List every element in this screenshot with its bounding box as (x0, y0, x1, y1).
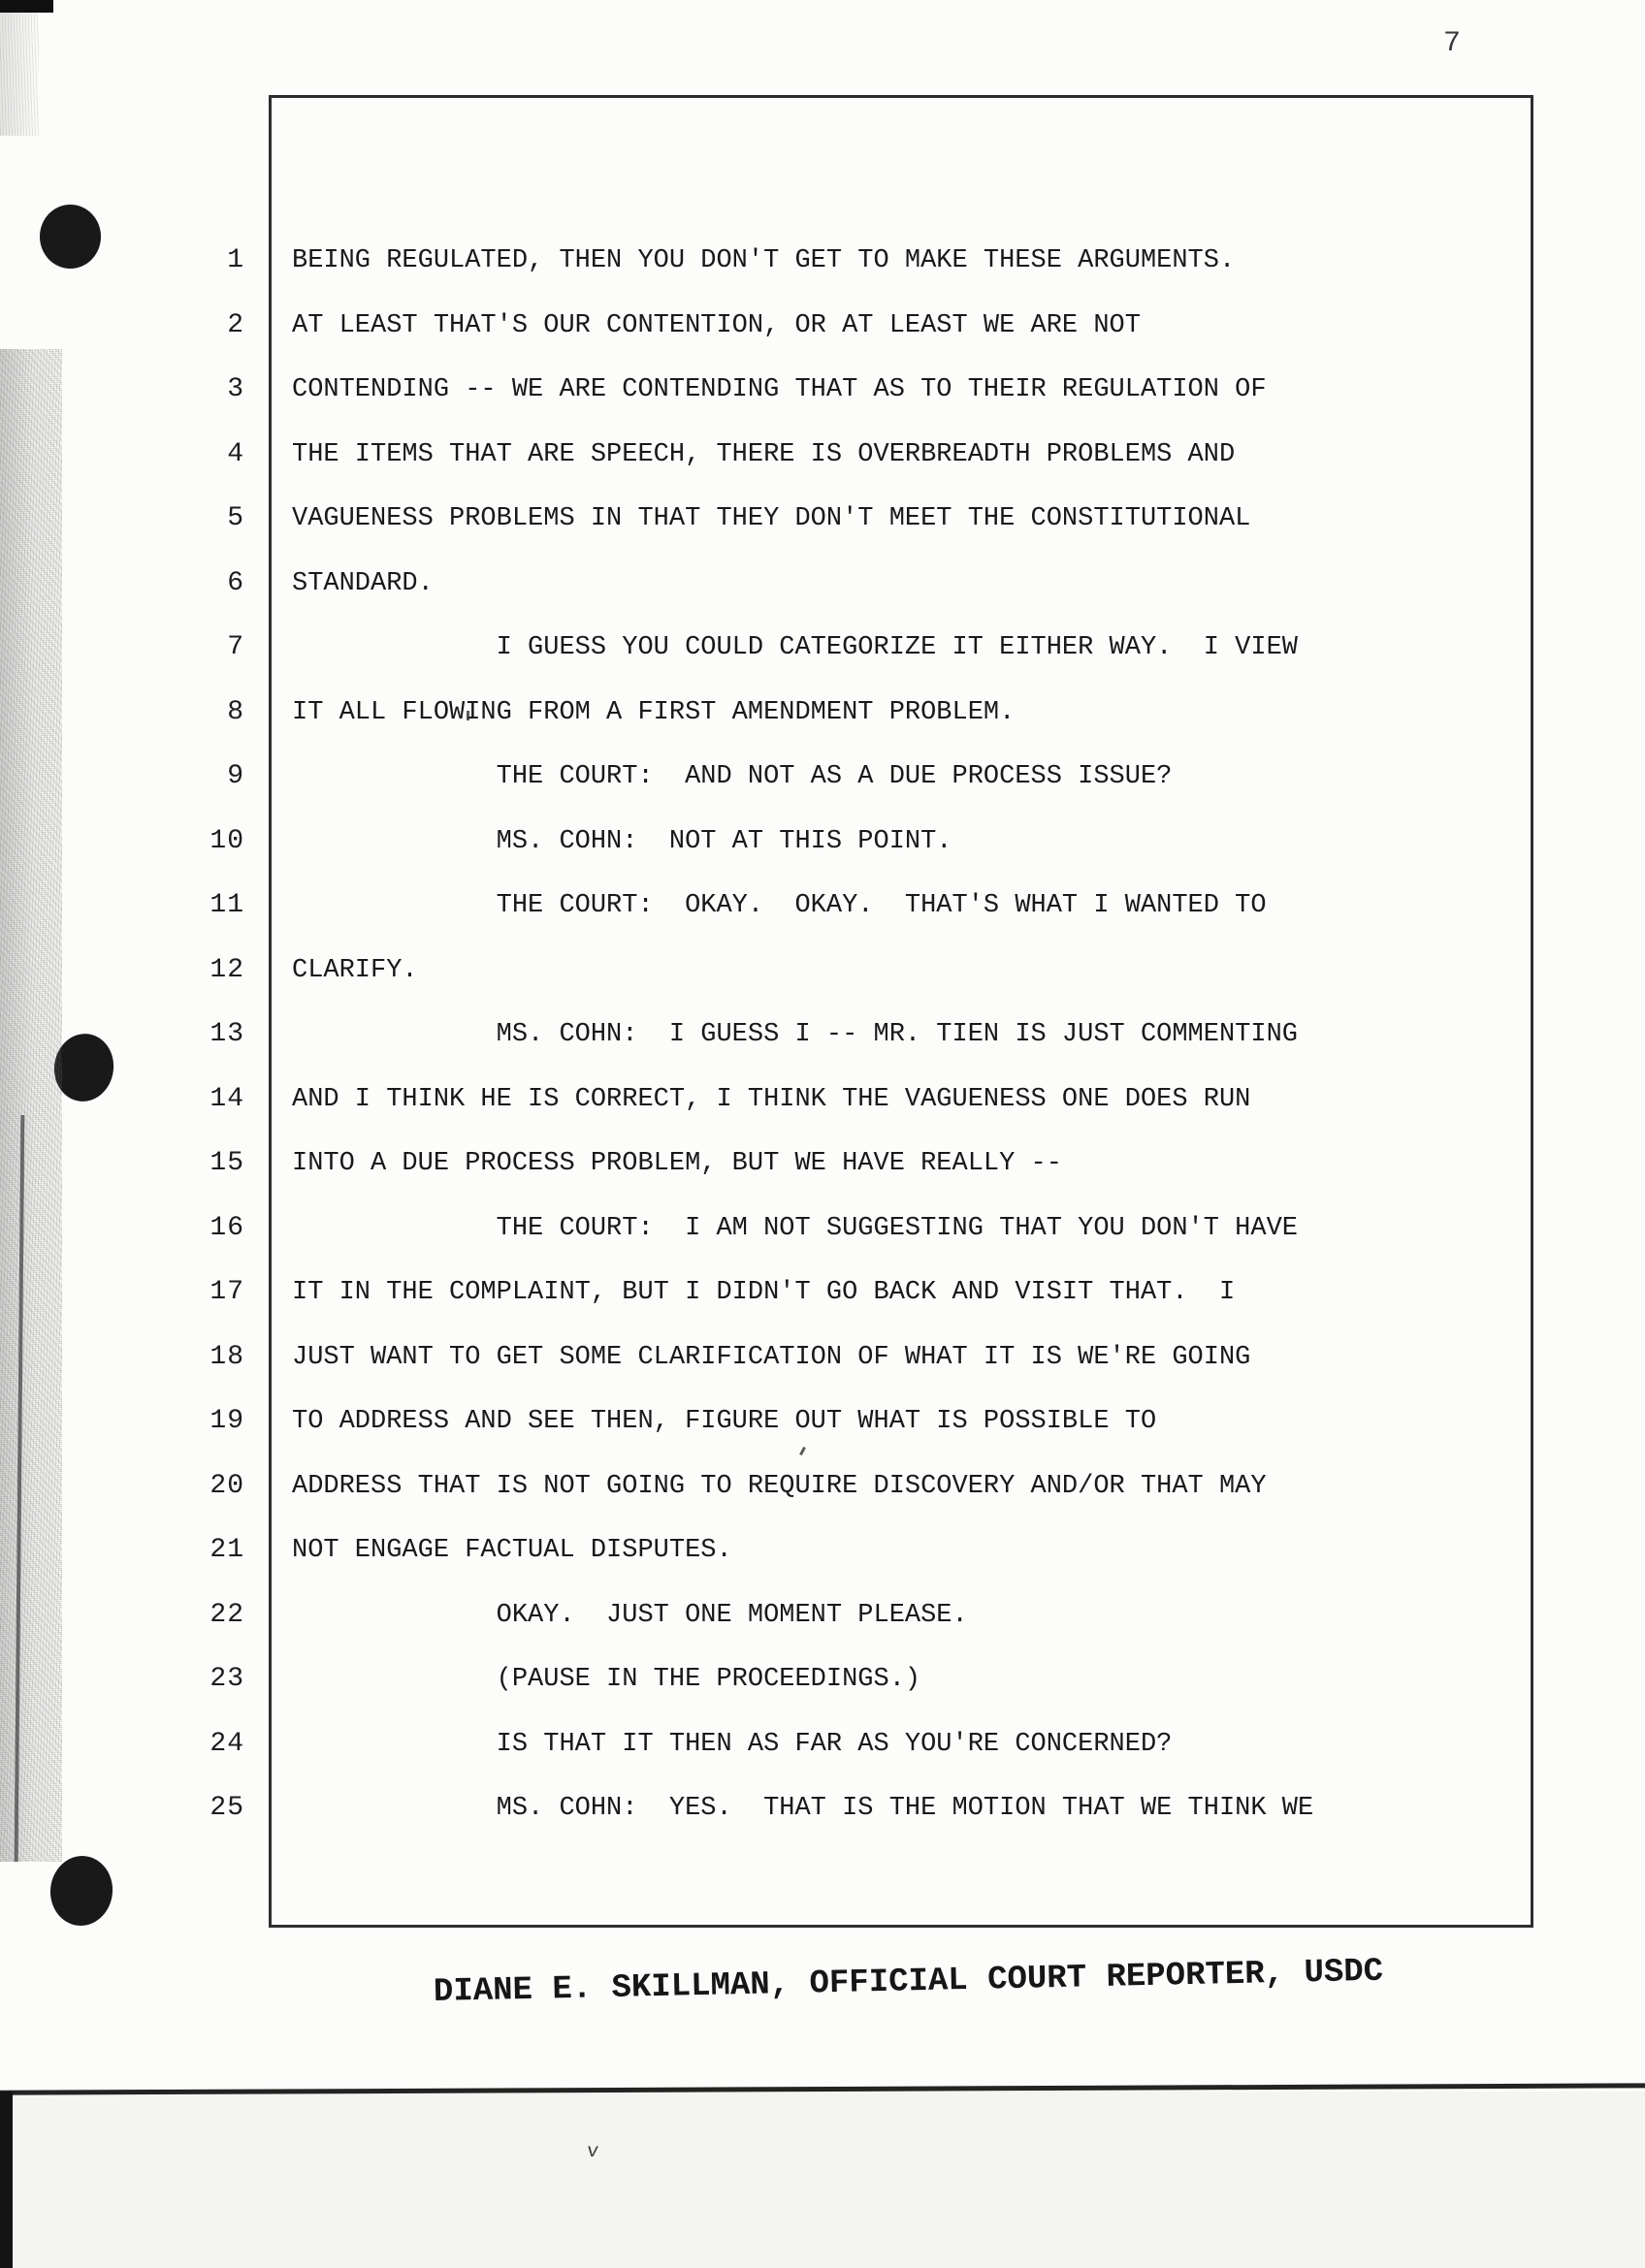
transcript-lines: 1BEING REGULATED, THEN YOU DON'T GET TO … (0, 0, 1645, 2268)
line-text: IT ALL FLOWING FROM A FIRST AMENDMENT PR… (292, 698, 1015, 727)
transcript-row: 23 (PAUSE IN THE PROCEEDINGS.) (0, 1664, 1645, 1705)
transcript-row: 18JUST WANT TO GET SOME CLARIFICATION OF… (0, 1342, 1645, 1383)
line-text: THE COURT: OKAY. OKAY. THAT'S WHAT I WAN… (292, 891, 1267, 920)
transcript-row: 17IT IN THE COMPLAINT, BUT I DIDN'T GO B… (0, 1277, 1645, 1318)
line-text: VAGUENESS PROBLEMS IN THAT THEY DON'T ME… (292, 504, 1250, 533)
line-text: THE COURT: I AM NOT SUGGESTING THAT YOU … (292, 1214, 1298, 1243)
transcript-row: 12CLARIFY. (0, 955, 1645, 996)
line-text: IS THAT IT THEN AS FAR AS YOU'RE CONCERN… (292, 1730, 1172, 1759)
line-text: AND I THINK HE IS CORRECT, I THINK THE V… (292, 1085, 1250, 1114)
transcript-row: 10 MS. COHN: NOT AT THIS POINT. (0, 826, 1645, 867)
transcript-row: 25 MS. COHN: YES. THAT IS THE MOTION THA… (0, 1793, 1645, 1834)
transcript-row: 11 THE COURT: OKAY. OKAY. THAT'S WHAT I … (0, 890, 1645, 931)
line-text: OKAY. JUST ONE MOMENT PLEASE. (292, 1601, 968, 1630)
transcript-row: 16 THE COURT: I AM NOT SUGGESTING THAT Y… (0, 1213, 1645, 1254)
hole-punch-top (40, 205, 101, 269)
transcript-row: 4THE ITEMS THAT ARE SPEECH, THERE IS OVE… (0, 439, 1645, 480)
line-text: MS. COHN: I GUESS I -- MR. TIEN IS JUST … (292, 1020, 1298, 1049)
transcript-row: 7 I GUESS YOU COULD CATEGORIZE IT EITHER… (0, 632, 1645, 673)
scan-bottom-left-strip (0, 2092, 13, 2268)
stray-pen-mark: v (586, 2141, 599, 2163)
transcript-row: 3CONTENDING -- WE ARE CONTENDING THAT AS… (0, 374, 1645, 415)
scan-speck (467, 711, 469, 720)
scan-noise-left-edge (0, 349, 62, 1862)
transcript-row: 19TO ADDRESS AND SEE THEN, FIGURE OUT WH… (0, 1406, 1645, 1447)
line-text: STANDARD. (292, 569, 434, 598)
line-text: THE ITEMS THAT ARE SPEECH, THERE IS OVER… (292, 440, 1235, 469)
transcript-row: 1BEING REGULATED, THEN YOU DON'T GET TO … (0, 245, 1645, 286)
scan-corner-mark (0, 0, 53, 13)
line-text: CONTENDING -- WE ARE CONTENDING THAT AS … (292, 375, 1267, 404)
line-text: NOT ENGAGE FACTUAL DISPUTES. (292, 1536, 732, 1565)
transcript-row: 13 MS. COHN: I GUESS I -- MR. TIEN IS JU… (0, 1019, 1645, 1060)
line-text: BEING REGULATED, THEN YOU DON'T GET TO M… (292, 246, 1235, 275)
transcript-row: 21NOT ENGAGE FACTUAL DISPUTES. (0, 1535, 1645, 1576)
transcript-row: 24 IS THAT IT THEN AS FAR AS YOU'RE CONC… (0, 1729, 1645, 1770)
line-number: 1 (0, 245, 244, 275)
line-text: MS. COHN: YES. THAT IS THE MOTION THAT W… (292, 1794, 1313, 1823)
line-text: JUST WANT TO GET SOME CLARIFICATION OF W… (292, 1343, 1250, 1372)
line-text: AT LEAST THAT'S OUR CONTENTION, OR AT LE… (292, 311, 1141, 340)
line-text: CLARIFY. (292, 956, 418, 985)
line-text: IT IN THE COMPLAINT, BUT I DIDN'T GO BAC… (292, 1278, 1235, 1307)
scan-lower-sheet (0, 2092, 1645, 2268)
line-text: I GUESS YOU COULD CATEGORIZE IT EITHER W… (292, 633, 1298, 662)
line-text: MS. COHN: NOT AT THIS POINT. (292, 827, 952, 856)
line-text: TO ADDRESS AND SEE THEN, FIGURE OUT WHAT… (292, 1407, 1156, 1436)
transcript-row: 15INTO A DUE PROCESS PROBLEM, BUT WE HAV… (0, 1148, 1645, 1189)
transcript-row: 8IT ALL FLOWING FROM A FIRST AMENDMENT P… (0, 697, 1645, 738)
transcript-row: 22 OKAY. JUST ONE MOMENT PLEASE. (0, 1600, 1645, 1641)
scan-noise-top-left (0, 0, 39, 136)
transcript-page: 7 1BEING REGULATED, THEN YOU DON'T GET T… (0, 0, 1645, 2268)
line-text: INTO A DUE PROCESS PROBLEM, BUT WE HAVE … (292, 1149, 1062, 1178)
line-text: (PAUSE IN THE PROCEEDINGS.) (292, 1665, 920, 1694)
line-text: ADDRESS THAT IS NOT GOING TO REQUIRE DIS… (292, 1472, 1267, 1501)
transcript-row: 2AT LEAST THAT'S OUR CONTENTION, OR AT L… (0, 310, 1645, 351)
transcript-row: 20ADDRESS THAT IS NOT GOING TO REQUIRE D… (0, 1471, 1645, 1512)
line-number: 2 (0, 310, 244, 340)
transcript-row: 5VAGUENESS PROBLEMS IN THAT THEY DON'T M… (0, 503, 1645, 544)
transcript-row: 14AND I THINK HE IS CORRECT, I THINK THE… (0, 1084, 1645, 1125)
transcript-row: 6STANDARD. (0, 568, 1645, 609)
transcript-row: 9 THE COURT: AND NOT AS A DUE PROCESS IS… (0, 761, 1645, 802)
line-text: THE COURT: AND NOT AS A DUE PROCESS ISSU… (292, 762, 1172, 791)
